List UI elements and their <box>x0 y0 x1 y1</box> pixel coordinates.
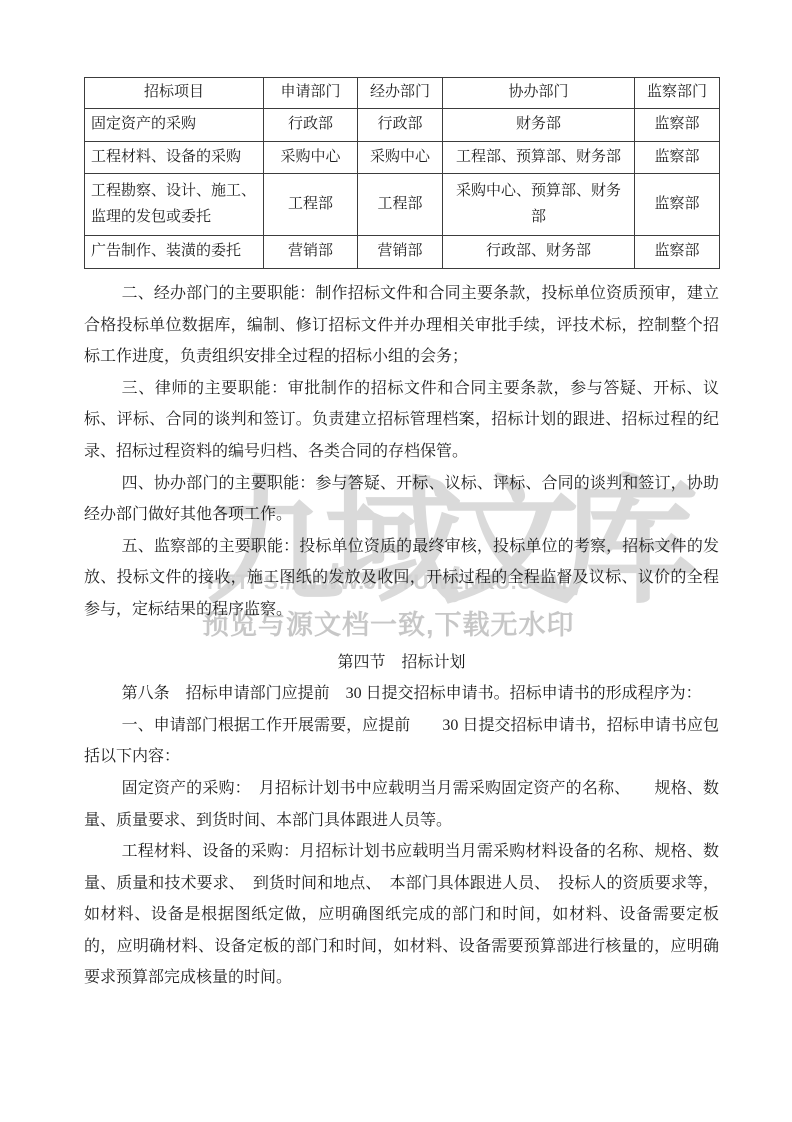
page-content: 招标项目 申请部门 经办部门 协办部门 监察部门 固定资产的采购 行政部 行政部… <box>84 77 719 994</box>
table-header-row: 招标项目 申请部门 经办部门 协办部门 监察部门 <box>85 78 720 109</box>
table-header-cell: 申请部门 <box>264 78 358 109</box>
body-text: 二、经办部门的主要职能：制作招标文件和合同主要条款，投标单位资质预审，建立合格投… <box>84 278 719 994</box>
section-heading: 第四节 招标计划 <box>84 647 719 679</box>
body-paragraph: 工程材料、设备的采购：月招标计划书应载明当月需采购材料设备的名称、规格、数量、质… <box>84 836 719 994</box>
table-cell: 财务部 <box>443 109 635 142</box>
table-cell: 广告制作、装潢的委托 <box>85 236 264 269</box>
body-paragraph: 五、监察部的主要职能：投标单位资质的最终审核，投标单位的考察，招标文件的发放、投… <box>84 531 719 626</box>
body-paragraph: 固定资产的采购： 月招标计划书中应载明当月需采购固定资产的名称、 规格、数量、质… <box>84 773 719 836</box>
body-paragraph: 二、经办部门的主要职能：制作招标文件和合同主要条款，投标单位资质预审，建立合格投… <box>84 278 719 373</box>
table-cell: 采购中心 <box>264 142 358 174</box>
table-cell: 工程部、预算部、财务部 <box>443 142 635 174</box>
table-cell: 采购中心 <box>358 142 443 174</box>
body-paragraph: 一、申请部门根据工作开展需要，应提前 30 日提交招标申请书，招标申请书应包括以… <box>84 710 719 773</box>
table-header-cell: 经办部门 <box>358 78 443 109</box>
table-cell: 监察部 <box>635 142 720 174</box>
procurement-departments-table: 招标项目 申请部门 经办部门 协办部门 监察部门 固定资产的采购 行政部 行政部… <box>84 77 720 269</box>
table-cell: 工程部 <box>358 174 443 236</box>
table-cell: 营销部 <box>264 236 358 269</box>
table-cell: 工程部 <box>264 174 358 236</box>
table-header-cell: 协办部门 <box>443 78 635 109</box>
table-cell: 工程勘察、设计、施工、监理的发包或委托 <box>85 174 264 236</box>
table-cell: 行政部 <box>264 109 358 142</box>
table-cell: 监察部 <box>635 236 720 269</box>
table-cell: 工程材料、设备的采购 <box>85 142 264 174</box>
table-header-cell: 监察部门 <box>635 78 720 109</box>
body-paragraph: 三、律师的主要职能：审批制作的招标文件和合同主要条款，参与答疑、开标、议标、评标… <box>84 373 719 468</box>
table-row: 工程材料、设备的采购 采购中心 采购中心 工程部、预算部、财务部 监察部 <box>85 142 720 174</box>
table-cell: 监察部 <box>635 109 720 142</box>
table-cell: 行政部、财务部 <box>443 236 635 269</box>
table-row: 固定资产的采购 行政部 行政部 财务部 监察部 <box>85 109 720 142</box>
document-page: { "table": { "headers": ["招标项目", "申请部门",… <box>0 0 792 1122</box>
table-row: 工程勘察、设计、施工、监理的发包或委托 工程部 工程部 采购中心、预算部、财务部… <box>85 174 720 236</box>
body-paragraph: 第八条 招标申请部门应提前 30 日提交招标申请书。招标申请书的形成程序为： <box>84 678 719 710</box>
table-cell: 营销部 <box>358 236 443 269</box>
table-row: 广告制作、装潢的委托 营销部 营销部 行政部、财务部 监察部 <box>85 236 720 269</box>
table-cell: 固定资产的采购 <box>85 109 264 142</box>
table-header-cell: 招标项目 <box>85 78 264 109</box>
table-cell: 监察部 <box>635 174 720 236</box>
table-cell: 行政部 <box>358 109 443 142</box>
table-cell: 采购中心、预算部、财务部 <box>443 174 635 236</box>
body-paragraph: 四、协办部门的主要职能：参与答疑、开标、议标、评标、合同的谈判和签订，协助经办部… <box>84 468 719 531</box>
